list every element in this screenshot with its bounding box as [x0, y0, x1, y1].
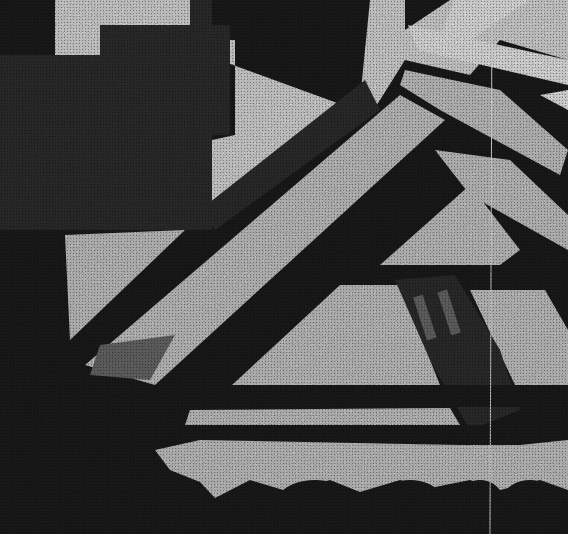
halftone-photograph: [0, 0, 568, 534]
grain-overlay: [0, 0, 568, 534]
photo-canvas: [0, 0, 568, 534]
